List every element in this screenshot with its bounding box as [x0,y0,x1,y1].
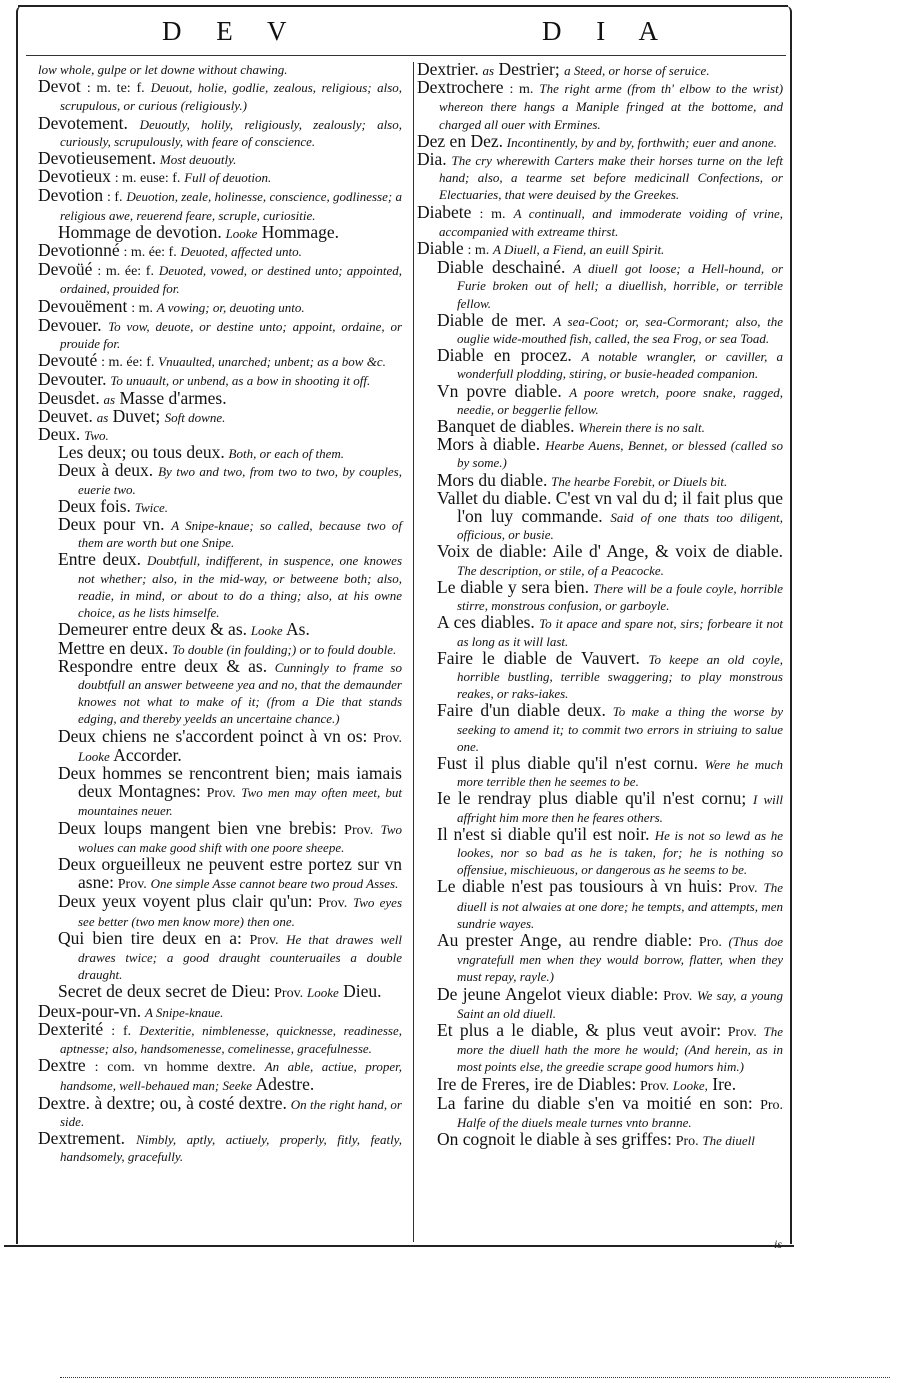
definition: Wherein there is no salt. [578,420,705,435]
definition: Incontinently, by and by, forthwith; eue… [507,135,777,150]
definition: as [483,63,495,78]
grammar-note: Prov. [640,1079,669,1094]
grammar-note: : m. [509,82,533,97]
grammar-note: : m. ée: f. [123,245,176,260]
dictionary-entry: Dextre. à dextre; ou, à costé dextre. On… [38,1095,402,1130]
headword: Fust il plus diable qu'il n'est cornu. [437,753,698,773]
headword: Deux pour vn. [58,514,165,534]
grammar-note: Prov. [663,989,692,1004]
headword: Ire de Freres, ire de Diables: [437,1074,636,1094]
grammar-note: Pro. [760,1098,783,1113]
headword: Mors à diable. [437,434,540,454]
sub-entry: Il n'est si diable qu'il est noir. He is… [437,826,783,879]
cross-reference: Hommage. [257,222,339,242]
sub-entry: Vn povre diable. A poore wretch, poore s… [437,383,783,418]
header-rule [26,55,786,56]
headword: Dez en Dez. [417,131,503,151]
headword: De jeune Angelot vieux diable: [437,984,658,1004]
headword: Qui bien tire deux en a: [58,928,242,948]
headword: Deux chiens ne s'accordent poinct à vn o… [58,726,367,746]
headword: Devouté [38,350,97,370]
headword: Le diable n'est pas tousiours à vn huis: [437,876,722,896]
sub-entry: Au prester Ange, au rendre diable: Pro. … [437,932,783,986]
headword: Faire d'un diable deux. [437,700,606,720]
headword: Dia. [417,149,447,169]
definition: as [104,392,116,407]
sub-entry: Qui bien tire deux en a: Prov. He that d… [58,930,402,984]
sub-entry: Diable de mer. A sea-Coot; or, sea-Cormo… [437,312,783,347]
definition: To vow, deuote, or destine unto; appoint… [60,319,402,351]
sub-entry: Fust il plus diable qu'il n'est cornu. W… [437,755,783,790]
grammar-note: Prov. [274,986,303,1001]
grammar-note: : f. [111,1024,131,1039]
definition: Both, or each of them. [229,446,345,461]
sub-entry: La farine du diable s'en va moitié en so… [437,1095,783,1131]
sub-entry: Deux loups mangent bien vne brebis: Prov… [58,820,402,856]
headword: Dextrier. [417,59,479,79]
headword: Banquet de diables. [437,416,575,436]
headword: Entre deux. [58,549,141,569]
dictionary-entry: Deuvet. as Duvet; Soft downe. [38,408,402,426]
definition: a Steed, or horse of seruice. [564,63,710,78]
dictionary-entry: Dextrochere : m. The right arme (from th… [417,79,783,133]
headword: Mors du diable. [437,470,547,490]
definition: To unuault, or unbend, as a bow in shoot… [110,373,370,388]
grammar-note: : m. ée: f. [101,355,154,370]
headword: Deux fois. [58,496,131,516]
dictionary-entry: Devotement. Deuoutly, holily, religiousl… [38,115,402,150]
definition: Deuoted, affected unto. [181,244,302,259]
definition: Halfe of the diuels meale turnes vnto br… [457,1115,692,1130]
sub-entry: Voix de diable: Aile d' Ange, & voix de … [437,543,783,578]
definition: Looke [307,985,339,1000]
definition: Twice. [135,500,168,515]
left-running-head: D E V [162,16,301,47]
definition: Vnuaulted, unarched; unbent; as a bow &c… [158,354,386,369]
sub-entry: Deux orgueilleux ne peuvent estre portez… [58,856,402,893]
definition: The hearbe Forebit, or Diuels bit. [551,474,727,489]
definition: A vowing; or, deuoting unto. [157,300,305,315]
definition: low whole, gulpe or let downe without ch… [38,62,288,77]
bottom-border-rule [4,1245,794,1247]
sub-entry: Ie le rendray plus diable qu'il n'est co… [437,790,783,825]
sub-entry: Faire le diable de Vauvert. To keepe an … [437,650,783,703]
sub-entry: Deux hommes se rencontrent bien; mais ia… [58,765,402,820]
definition: To double (in foulding;) or to fould dou… [172,642,396,657]
left-column: low whole, gulpe or let downe without ch… [38,61,402,1165]
grammar-note: Prov. [344,823,373,838]
grammar-note: : m. [479,207,505,222]
grammar-note: Prov. [207,786,236,801]
headword: Deux. [38,424,80,444]
definition: The cry wherewith Carters make their hor… [439,153,783,202]
headword: Devotement. [38,113,128,133]
headword: Dexterité [38,1019,103,1039]
headword: Deux à deux. [58,460,153,480]
dictionary-entry: Devoüé : m. ée: f. Deuoted, vowed, or de… [38,261,402,297]
headword: Les deux; ou tous deux. [58,442,225,462]
definition: Soft downe. [165,410,226,425]
headword: Deuvet. [38,406,93,426]
headword: Devouëment [38,296,127,316]
dictionary-entry: Dez en Dez. Incontinently, by and by, fo… [417,133,783,151]
headword: Diable deschainé. [437,257,565,277]
grammar-note: : m. [467,243,489,258]
cross-reference: Masse d'armes. [115,388,227,408]
grammar-note: Prov. [318,896,347,911]
sub-entry: Vallet du diable. C'est vn val du d; il … [437,490,783,544]
headword: On cognoit le diable à ses griffes: [437,1129,672,1149]
definition: Full of deuotion. [184,170,271,185]
sub-entry: Deux chiens ne s'accordent poinct à vn o… [58,728,402,765]
grammar-note: : f. [107,190,123,205]
dictionary-entry: Devot : m. te: f. Deuout, holie, godlie,… [38,78,402,114]
column-divider [413,62,414,1242]
cross-reference: Destrier; [494,59,564,79]
grammar-note: Pro. [699,935,722,950]
running-header: D E V D I A [18,10,788,54]
headword: Demeurer entre deux & as. [58,619,247,639]
headword: Voix de diable: Aile d' Ange, & voix de … [437,541,783,561]
headword: Diable [417,238,464,258]
definition: The diuell [702,1133,754,1148]
cross-reference: Accorder. [110,745,182,765]
headword: Diable de mer. [437,310,546,330]
grammar-note: : m. [131,301,153,316]
headword: Secret de deux secret de Dieu: [58,981,270,1001]
cross-reference: Dieu. [339,981,382,1001]
definition: Most deuoutly. [160,152,237,167]
definition: A Diuell, a Fiend, an euill Spirit. [493,242,664,257]
headword: Deux-pour-vn. [38,1001,141,1021]
headword: Respondre entre deux & as. [58,656,267,676]
dictionary-entry: Dextre : com. vn homme dextre. An able, … [38,1057,402,1094]
sub-entry: Le diable y sera bien. There will be a f… [437,579,783,614]
headword: Devot [38,76,81,96]
headword: Dextrochere [417,77,503,97]
cross-reference: As. [283,619,310,639]
headword: Il n'est si diable qu'il est noir. [437,824,650,844]
headword: Diabete [417,202,471,222]
headword: Diable en procez. [437,345,572,365]
headword: Deusdet. [38,388,100,408]
headword: Mettre en deux. [58,638,168,658]
grammar-note: : m. te: f. [87,81,145,96]
definition: A Snipe-knaue. [145,1005,223,1020]
grammar-note: : com. vn homme dextre. [95,1060,256,1075]
headword: Devoüé [38,259,92,279]
grammar-note: : m. euse: f. [115,171,181,186]
definition: Looke [251,623,283,638]
dictionary-entry: Dexterité : f. Dexteritie, nimblenesse, … [38,1021,402,1057]
headword: Au prester Ange, au rendre diable: [437,930,692,950]
sub-entry: Respondre entre deux & as. Cunningly to … [58,658,402,728]
headword: Dextre. à dextre; ou, à costé dextre. [38,1093,287,1113]
sub-entry: Mors à diable. Hearbe Auens, Bennet, or … [437,436,783,471]
sub-entry: De jeune Angelot vieux diable: Prov. We … [437,986,783,1022]
dictionary-entry: Dia. The cry wherewith Carters make thei… [417,151,783,204]
dictionary-entry: Devouer. To vow, deuote, or destine unto… [38,317,402,352]
headword: A ces diables. [437,612,535,632]
headword: Devotion [38,185,103,205]
headword: Devouer. [38,315,102,335]
cross-reference: Ire. [708,1074,736,1094]
sub-entry: Faire d'un diable deux. To make a thing … [437,702,783,755]
definition: Looke [226,226,258,241]
dictionary-entry: Devotion : f. Deuotion, zeale, holinesse… [38,187,402,223]
headword: Devouter. [38,369,107,389]
cross-reference: Adestre. [252,1074,314,1094]
headword: Le diable y sera bien. [437,577,589,597]
grammar-note: Prov. [250,933,279,948]
headword: Devotionné [38,240,120,260]
headword: Deux loups mangent bien vne brebis: [58,818,337,838]
sub-entry: Diable en procez. A notable wrangler, or… [437,347,783,382]
headword: Dextre [38,1055,86,1075]
sub-entry: Deux à deux. By two and two, from two to… [58,462,402,497]
right-running-head: D I A [542,16,672,47]
headword: La farine du diable s'en va moitié en so… [437,1093,753,1113]
grammar-note: Prov. [373,731,402,746]
headword: Vn povre diable. [437,381,562,401]
definition: Two. [84,428,109,443]
headword: Et plus a le diable, & plus veut avoir: [437,1020,721,1040]
sub-entry: Deux yeux voyent plus clair qu'un: Prov.… [58,893,402,929]
sub-entry: On cognoit le diable à ses griffes: Pro.… [437,1131,783,1150]
headword: Dextrement. [38,1128,125,1148]
scan-edge-rule [60,1377,890,1378]
headword: Hommage de devotion. [58,222,222,242]
headword: Deux yeux voyent plus clair qu'un: [58,891,312,911]
right-column: Dextrier. as Destrier; a Steed, or horse… [417,61,783,1150]
sub-entry: Le diable n'est pas tousiours à vn huis:… [437,878,783,932]
definition: Looke, [673,1078,708,1093]
dictionary-entry: Dextrement. Nimbly, aptly, actiuely, pro… [38,1130,402,1165]
grammar-note: : m. ée: f. [97,264,154,279]
definition: One simple Asse cannot beare two proud A… [151,876,399,891]
grammar-note: Prov. [728,1025,757,1040]
headword: Devotieux [38,166,111,186]
headword: Faire le diable de Vauvert. [437,648,640,668]
definition: as [97,410,109,425]
headword: Devotieusement. [38,148,156,168]
sub-entry: Deux pour vn. A Snipe-knaue; so called, … [58,516,402,551]
dictionary-entry: Diabete : m. A continuall, and immoderat… [417,204,783,240]
sub-entry: Et plus a le diable, & plus veut avoir: … [437,1022,783,1076]
headword: Ie le rendray plus diable qu'il n'est co… [437,788,746,808]
definition: Looke [78,749,110,764]
cross-reference: Duvet; [108,406,164,426]
definition: The description, or stile, of a Peacocke… [457,563,664,578]
dictionary-entry: Devotionné : m. ée: f. Deuoted, affected… [38,242,402,261]
grammar-note: Pro. [676,1134,699,1149]
continued-entry: low whole, gulpe or let downe without ch… [38,61,402,78]
sub-entry: Entre deux. Doubtfull, indifferent, in s… [58,551,402,621]
sub-entry: Diable deschainé. A diuell got loose; a … [437,259,783,312]
grammar-note: Prov. [118,877,147,892]
grammar-note: Prov. [728,881,757,896]
sub-entry: A ces diables. To it apace and spare not… [437,614,783,649]
